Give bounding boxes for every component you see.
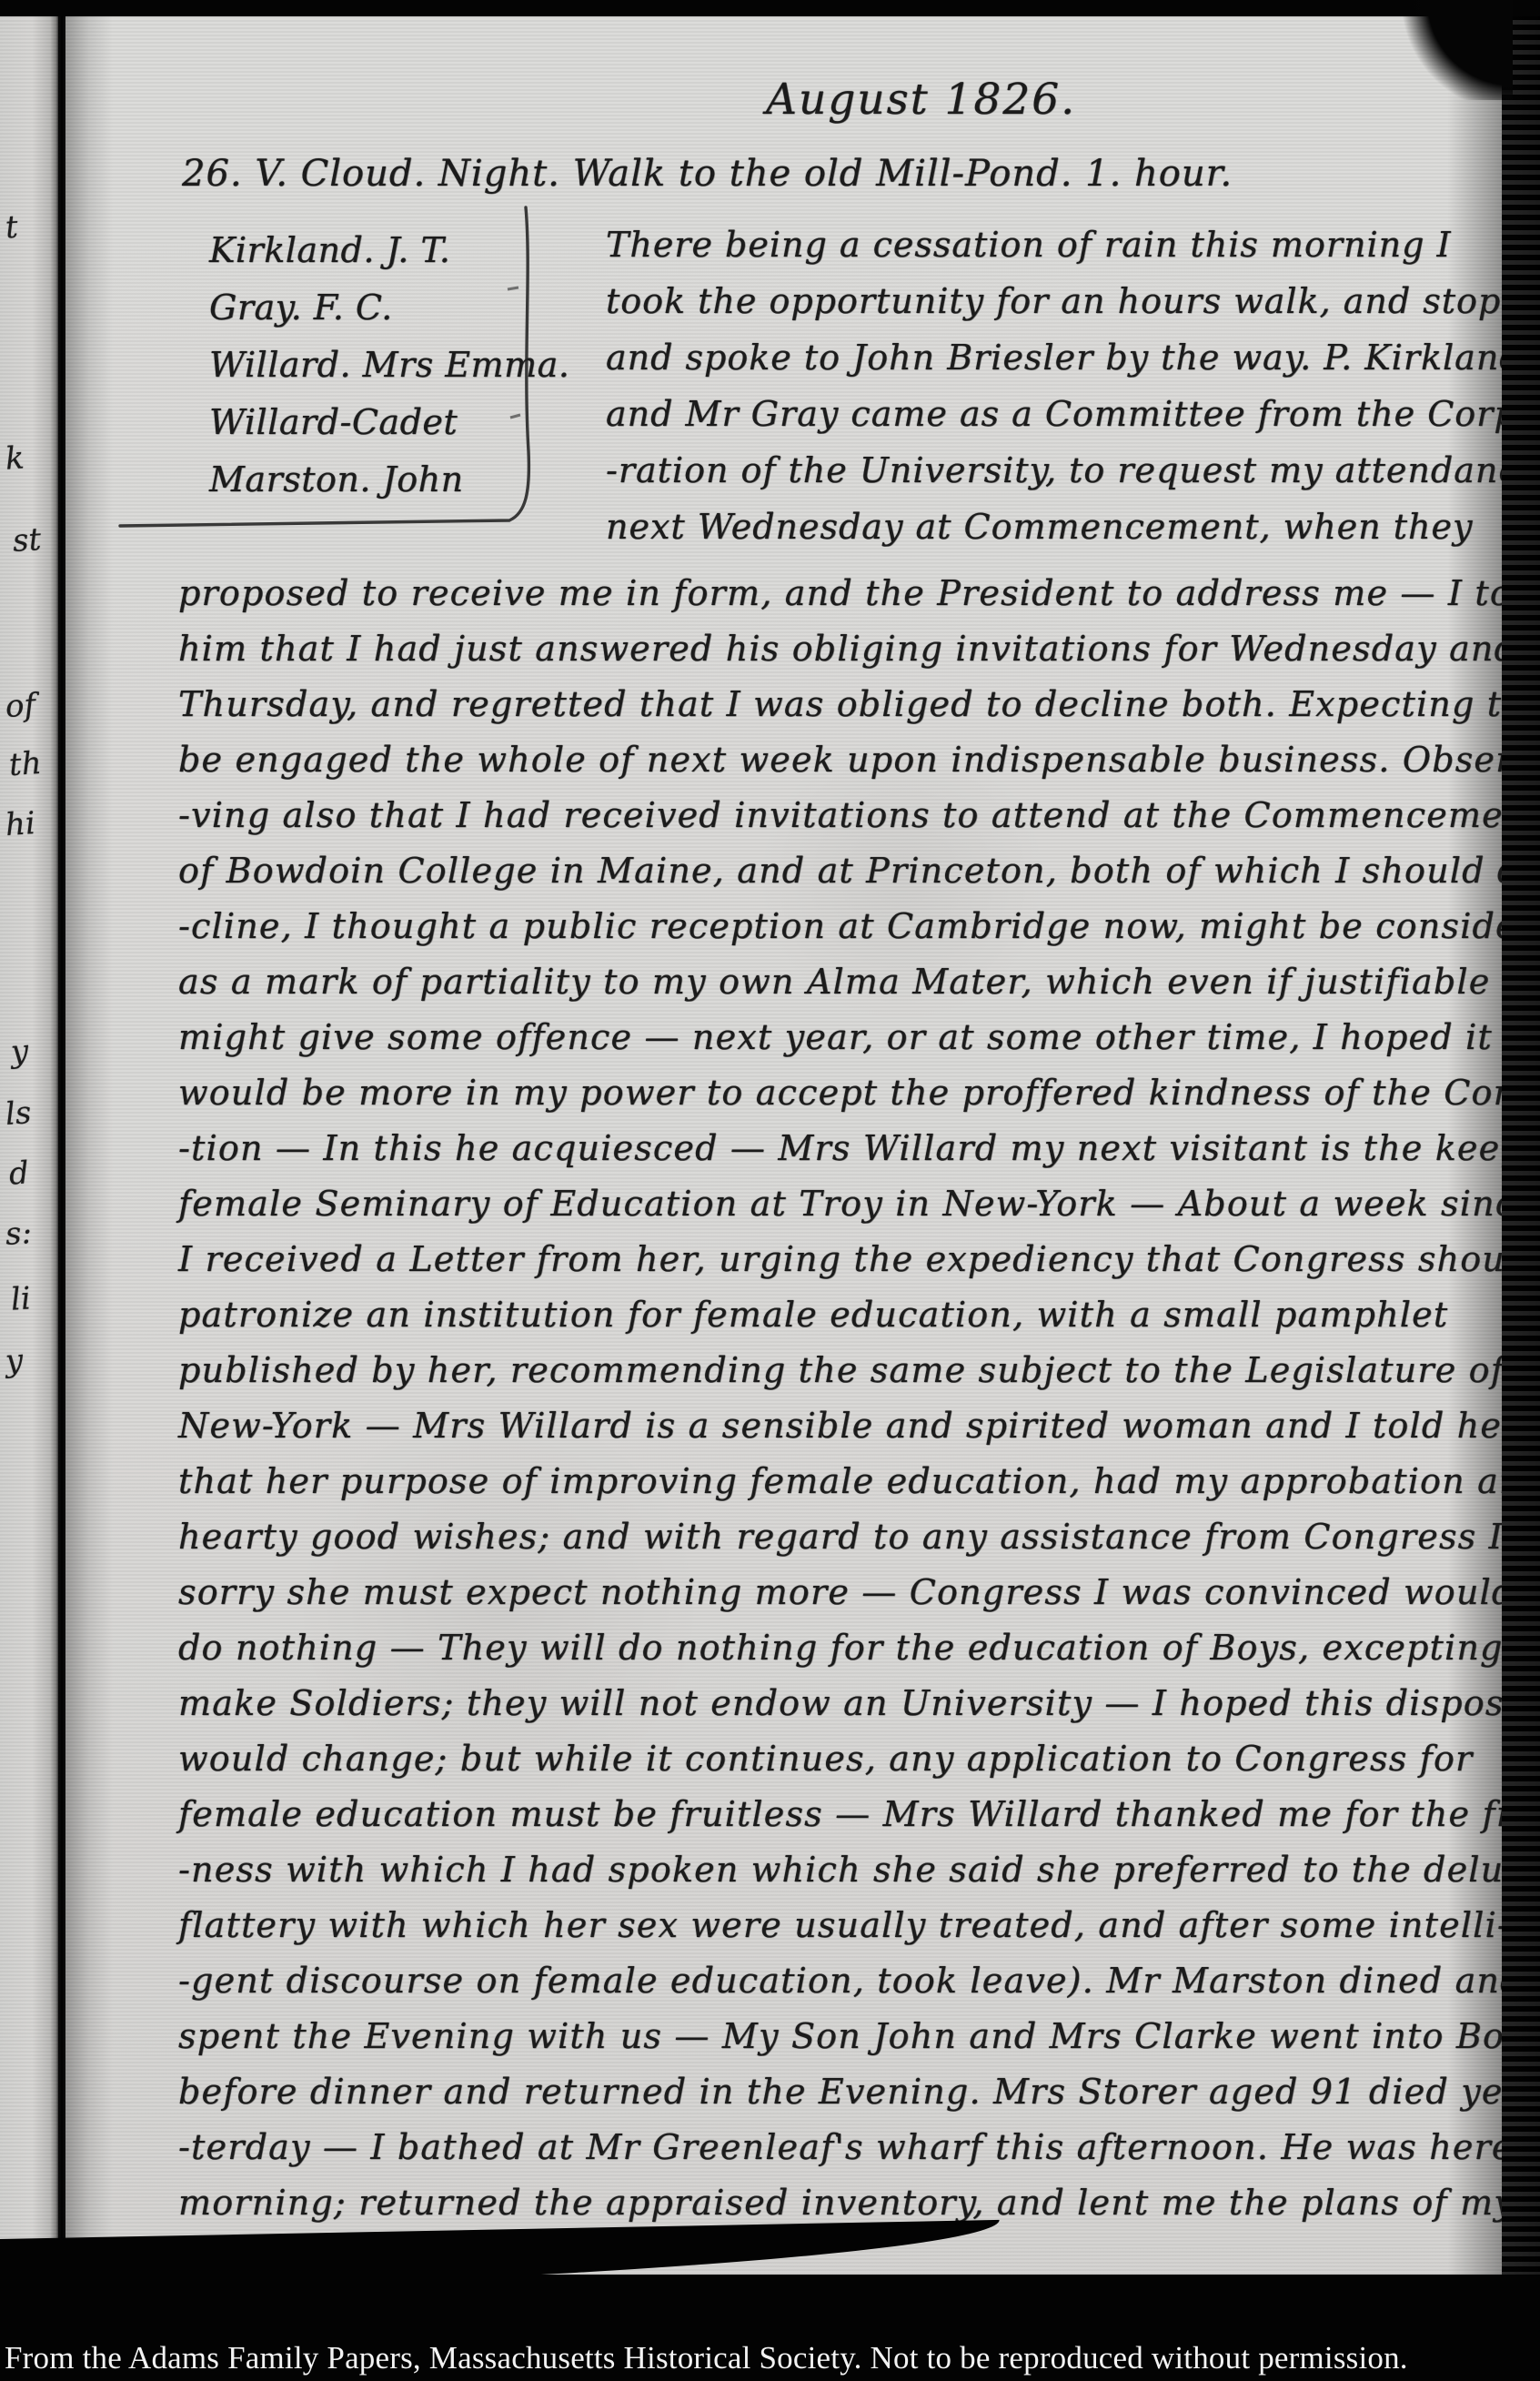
manuscript-line: published by her, recommending the same … xyxy=(178,1343,1540,1398)
manuscript-line: that her purpose of improving female edu… xyxy=(178,1454,1540,1509)
manuscript-line: -tion — In this he acquiesced — Mrs Will… xyxy=(178,1121,1540,1176)
entry-intro-paragraph: There being a cessation of rain this mor… xyxy=(606,217,1540,555)
facing-page-text-fragment: li xyxy=(10,1280,32,1317)
facing-page-text-fragment: d xyxy=(8,1155,31,1192)
manuscript-line: I received a Letter from her, urging the… xyxy=(178,1232,1540,1287)
facing-page-text-fragment: ls xyxy=(5,1095,33,1133)
manuscript-line: and spoke to John Briesler by the way. P… xyxy=(606,329,1540,386)
manuscript-line: him that I had just answered his obligin… xyxy=(178,621,1540,677)
manuscript-line: would change; but while it continues, an… xyxy=(178,1731,1540,1787)
facing-page-text-fragment: th xyxy=(8,745,43,783)
manuscript-line: and Mr Gray came as a Committee from the… xyxy=(606,386,1540,442)
manuscript-line: -cline, I thought a public reception at … xyxy=(178,899,1540,954)
manuscript-scan: tkstofthhiylsds:liy August 1826. 26. V. … xyxy=(0,0,1540,2381)
manuscript-line: might give some offence — next year, or … xyxy=(178,1010,1540,1065)
scan-corner-shadow xyxy=(1394,0,1513,100)
manuscript-line: Thursday, and regretted that I was oblig… xyxy=(178,677,1540,732)
manuscript-line: hearty good wishes; and with regard to a… xyxy=(178,1509,1540,1565)
facing-page-text-fragment: hi xyxy=(5,805,36,843)
manuscript-line: New-York — Mrs Willard is a sensible and… xyxy=(178,1398,1540,1454)
manuscript-paper: August 1826. 26. V. Cloud. Night. Walk t… xyxy=(65,15,1508,2289)
manuscript-line: -terday — I bathed at Mr Greenleaf's wha… xyxy=(178,2120,1540,2175)
facing-page-text-fragment: y xyxy=(5,1342,25,1379)
manuscript-line: next Wednesday at Commencement, when the… xyxy=(606,499,1540,555)
manuscript-line: -ving also that I had received invitatio… xyxy=(178,788,1540,843)
facing-page-text-fragment: st xyxy=(12,521,43,560)
manuscript-line: would be more in my power to accept the … xyxy=(178,1065,1540,1121)
facing-page-edge: tkstofthhiylsds:liy xyxy=(0,13,58,2267)
manuscript-line: as a mark of partiality to my own Alma M… xyxy=(178,954,1540,1010)
facing-page-text-fragment: y xyxy=(10,1033,30,1070)
archive-caption: From the Adams Family Papers, Massachuse… xyxy=(5,2340,1540,2376)
page-header-date: August 1826. xyxy=(766,75,1076,125)
margin-bracket-rule xyxy=(65,15,629,560)
book-page-edges xyxy=(1502,0,1540,2381)
manuscript-line: sorry she must expect nothing more — Con… xyxy=(178,1565,1540,1620)
manuscript-line: flattery with which her sex were usually… xyxy=(178,1898,1540,1953)
facing-page-text-fragment: k xyxy=(5,439,25,477)
manuscript-line: spent the Evening with us — My Son John … xyxy=(178,2009,1540,2064)
manuscript-line: female education must be fruitless — Mrs… xyxy=(178,1787,1540,1842)
manuscript-line: There being a cessation of rain this mor… xyxy=(606,217,1540,273)
entry-body-paragraph: proposed to receive me in form, and the … xyxy=(178,566,1540,2286)
manuscript-line: proposed to receive me in form, and the … xyxy=(178,566,1540,621)
book-gutter-line xyxy=(56,0,65,2293)
manuscript-line: -ness with which I had spoken which she … xyxy=(178,1842,1540,1898)
manuscript-line: -gent discourse on female education, too… xyxy=(178,1953,1540,2009)
facing-page-text-fragment: s: xyxy=(5,1215,34,1253)
manuscript-line: patronize an institution for female educ… xyxy=(178,1287,1540,1343)
manuscript-line: do nothing — They will do nothing for th… xyxy=(178,1620,1540,1676)
manuscript-line: make Soldiers; they will not endow an Un… xyxy=(178,1676,1540,1731)
facing-page-text-fragment: t xyxy=(5,209,19,247)
manuscript-line: -ration of the University, to request my… xyxy=(606,442,1540,499)
manuscript-line: took the opportunity for an hours walk, … xyxy=(606,273,1540,329)
manuscript-line: be engaged the whole of next week upon i… xyxy=(178,732,1540,788)
manuscript-line: before dinner and returned in the Evenin… xyxy=(178,2064,1540,2120)
manuscript-line: of Bowdoin College in Maine, and at Prin… xyxy=(178,843,1540,899)
manuscript-line: female Seminary of Education at Troy in … xyxy=(178,1176,1540,1232)
scan-top-edge xyxy=(0,0,1540,16)
facing-page-text-fragment: of xyxy=(5,687,37,725)
